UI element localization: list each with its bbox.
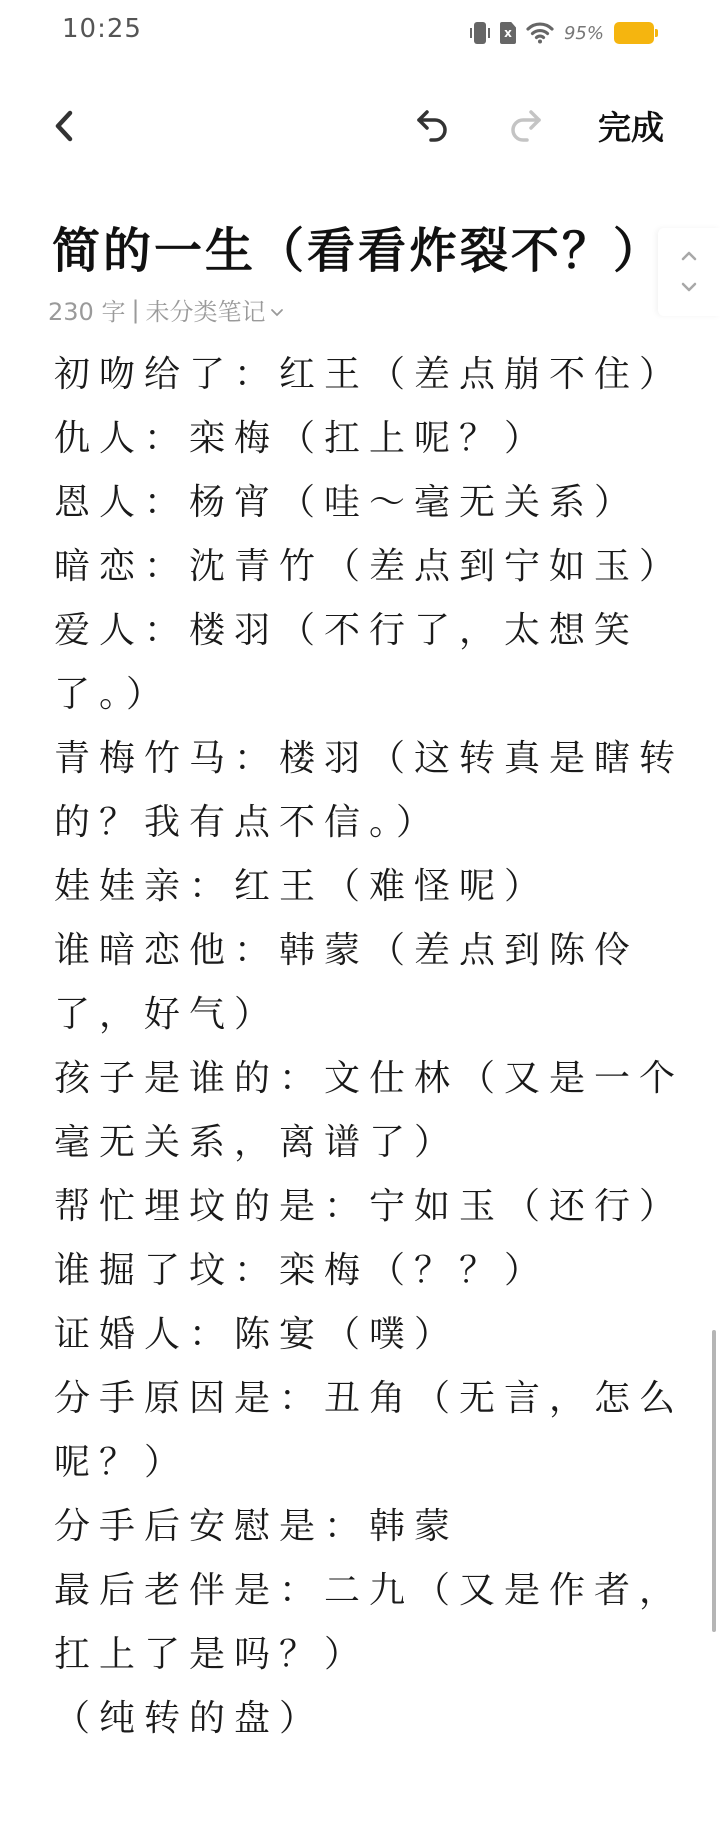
note-line: 最后老伴是：二九（又是作者， [54, 1559, 664, 1623]
note-line: 了。） [54, 663, 664, 727]
note-line: 扛上了是吗？） [54, 1623, 664, 1687]
back-button[interactable] [44, 108, 84, 148]
battery-percent: 95% [564, 23, 604, 44]
note-line: 暗恋：沈青竹（差点到宁如玉） [54, 535, 664, 599]
note-line: 呢？） [54, 1431, 664, 1495]
vibrate-icon [470, 22, 490, 44]
no-sim-icon: x [500, 22, 516, 44]
scroll-to-top-button[interactable] [680, 247, 698, 266]
note-line: 毫无关系，离谱了） [54, 1111, 664, 1175]
note-body[interactable]: 初吻给了：红王（差点崩不住） 仇人：栾梅（扛上呢？） 恩人：杨宵（哇～毫无关系）… [54, 343, 664, 1751]
note-line: 青梅竹马：楼羽（这转真是瞎转 [54, 727, 664, 791]
word-count: 230 字 [48, 292, 125, 327]
undo-button[interactable] [410, 106, 456, 150]
status-icons: x 95% [470, 18, 654, 48]
note-line: 孩子是谁的：文仕林（又是一个 [54, 1047, 664, 1111]
chevron-down-icon [270, 296, 284, 324]
redo-icon [505, 106, 545, 150]
note-line: 帮忙埋坟的是：宁如玉（还行） [54, 1175, 664, 1239]
note-line: 的？我有点不信。） [54, 791, 664, 855]
folder-selector[interactable]: 未分类笔记 [146, 292, 284, 327]
note-line: 分手后安慰是：韩蒙 [54, 1495, 664, 1559]
wifi-icon [526, 22, 554, 44]
note-title[interactable]: 简的一生（看看炸裂不？） [52, 212, 664, 281]
note-meta: 230 字 | 未分类笔记 [48, 292, 284, 327]
scroll-to-bottom-button[interactable] [680, 278, 698, 297]
note-line: 娃娃亲：红王（难怪呢） [54, 855, 664, 919]
redo-button[interactable] [502, 106, 548, 150]
note-line: （纯转的盘） [54, 1687, 664, 1751]
meta-separator: | [131, 296, 139, 324]
done-button[interactable]: 完成 [598, 106, 664, 150]
scrollbar[interactable] [712, 1330, 716, 1632]
note-line: 谁掘了坟：栾梅（？？） [54, 1239, 664, 1303]
undo-icon [413, 106, 453, 150]
note-line: 了，好气） [54, 983, 664, 1047]
note-line: 仇人：栾梅（扛上呢？） [54, 407, 664, 471]
note-line: 恩人：杨宵（哇～毫无关系） [54, 471, 664, 535]
note-line: 分手原因是：丑角（无言，怎么 [54, 1367, 664, 1431]
status-time: 10:25 [62, 14, 142, 44]
note-line: 初吻给了：红王（差点崩不住） [54, 343, 664, 407]
note-line: 爱人：楼羽（不行了，太想笑 [54, 599, 664, 663]
folder-name: 未分类笔记 [146, 292, 266, 327]
chevron-left-icon [53, 110, 75, 146]
battery-icon [614, 22, 654, 44]
note-line: 谁暗恋他：韩蒙（差点到陈伶 [54, 919, 664, 983]
scroll-jump-panel [658, 228, 720, 316]
note-line: 证婚人：陈宴（噗） [54, 1303, 664, 1367]
status-bar: 10:25 x 95% [0, 0, 720, 64]
editor-toolbar: 完成 [0, 92, 720, 164]
